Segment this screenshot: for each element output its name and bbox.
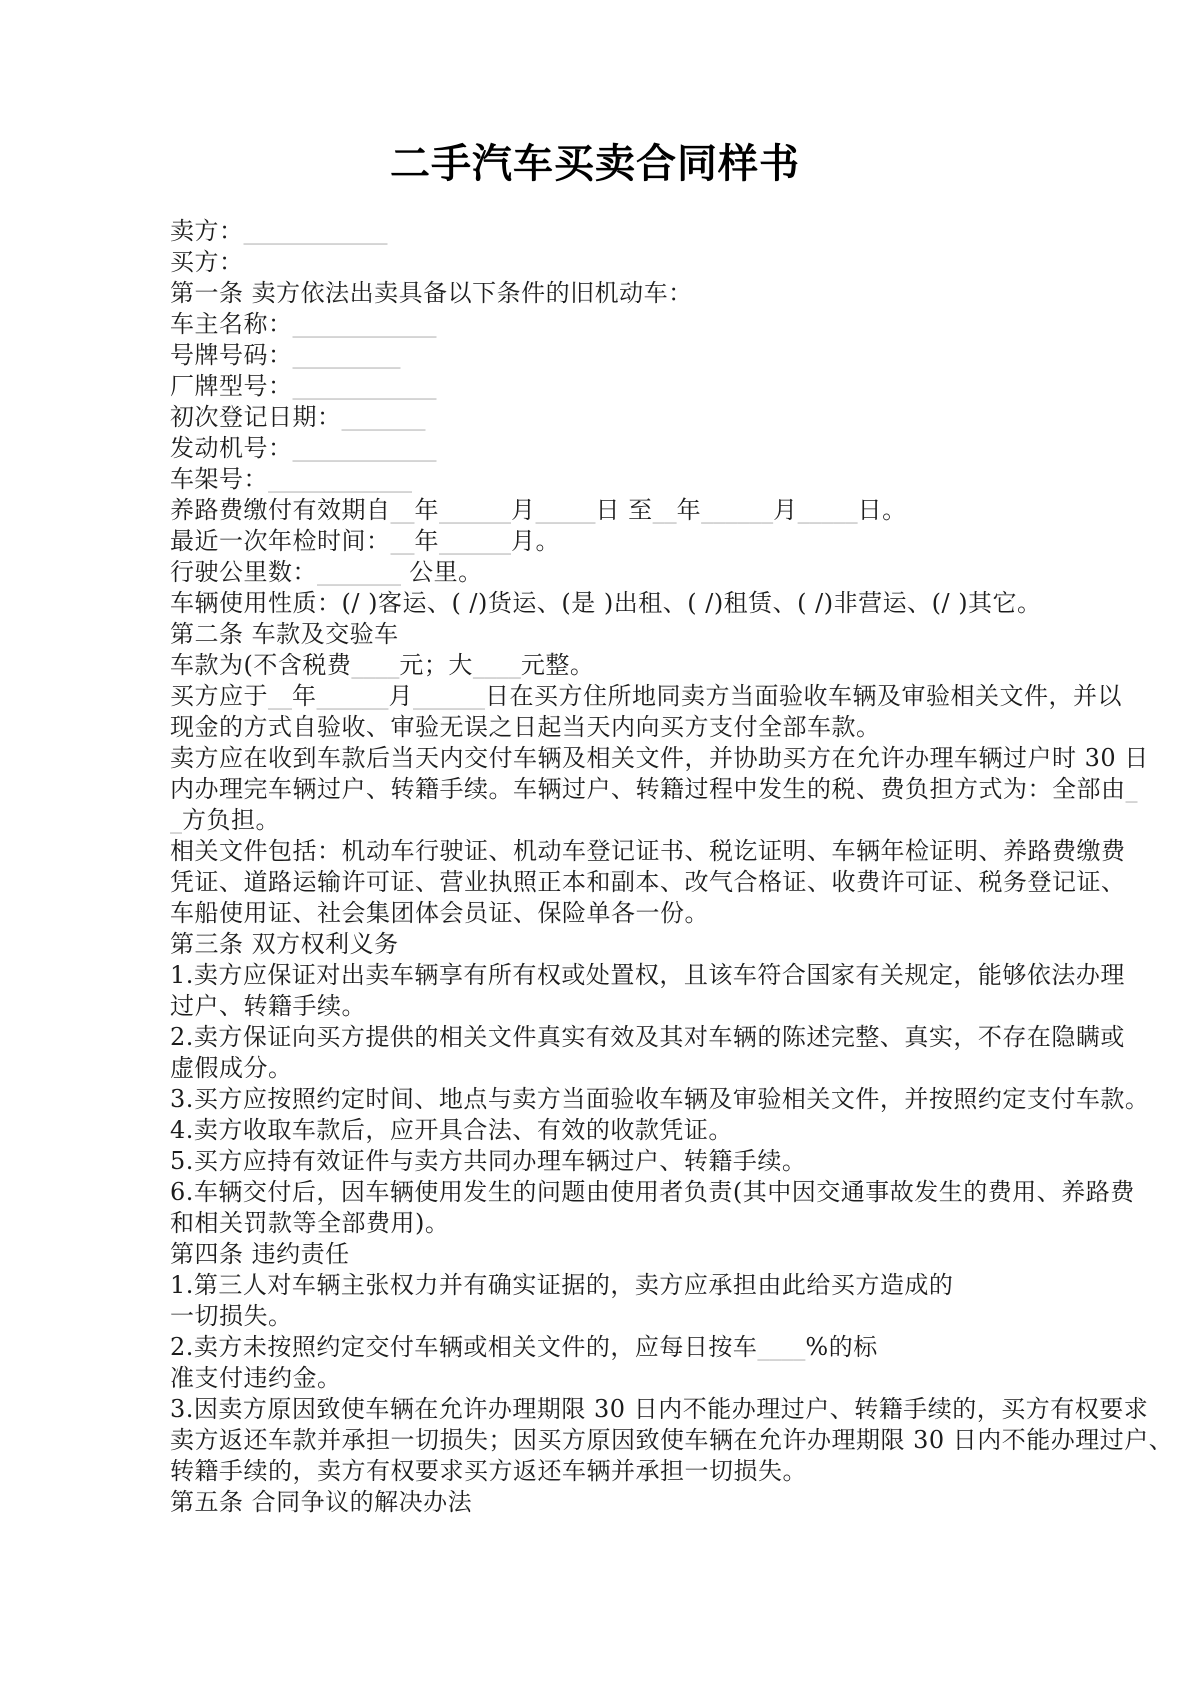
doc-line: 5.买方应持有效证件与卖方共同办理车辆过户、转籍手续。 (170, 1146, 1040, 1177)
doc-line: 车辆使用性质：(/ )客运、( /)货运、(是 )出租、( /)租赁、( /)非… (170, 588, 1040, 619)
blank-underline: ____________ (293, 310, 437, 338)
doc-line: 发动机号：____________ (170, 433, 1040, 464)
doc-line: 一切损失。 (170, 1301, 1040, 1332)
document-body: 卖方：____________买方：第一条 卖方依法出卖具备以下条件的旧机动车：… (170, 216, 1040, 1518)
blank-underline: _____ (536, 496, 596, 524)
doc-line: 第五条 合同争议的解决办法 (170, 1487, 1040, 1518)
doc-line: 2.卖方未按照约定交付车辆或相关文件的，应每日按车____%的标 (170, 1332, 1040, 1363)
doc-line: 第三条 双方权利义务 (170, 929, 1040, 960)
blank-underline: _____ (798, 496, 858, 524)
blank-underline: __ (391, 496, 415, 524)
blank-underline: ____ (757, 1333, 805, 1361)
doc-line: 号牌号码：_________ (170, 340, 1040, 371)
doc-line: 最近一次年检时间：__年______月。 (170, 526, 1040, 557)
document-page: 二手汽车买卖合同样书 卖方：____________买方：第一条 卖方依法出卖具… (0, 0, 1190, 1683)
blank-underline: ____________ (268, 465, 412, 493)
doc-line: 现金的方式自验收、审验无误之日起当天内向买方支付全部车款。 (170, 712, 1040, 743)
doc-line: 4.卖方收取车款后，应开具合法、有效的收款凭证。 (170, 1115, 1040, 1146)
blank-underline: _______ (342, 403, 426, 431)
blank-underline: __ (653, 496, 677, 524)
blank-underline: ____________ (293, 372, 437, 400)
doc-line: 相关文件包括：机动车行驶证、机动车登记证书、税讫证明、车辆年检证明、养路费缴费 (170, 836, 1040, 867)
doc-line: 3.因卖方原因致使车辆在允许办理期限 30 日内不能办理过户、转籍手续的，买方有… (170, 1394, 1040, 1425)
doc-line: 卖方：____________ (170, 216, 1040, 247)
blank-underline: _ (170, 806, 182, 834)
doc-line: 准支付违约金。 (170, 1363, 1040, 1394)
blank-underline: ______ (439, 496, 511, 524)
doc-line: 车主名称：____________ (170, 309, 1040, 340)
doc-line: 1.卖方应保证对出卖车辆享有所有权或处置权，且该车符合国家有关规定，能够依法办理 (170, 960, 1040, 991)
doc-line: 过户、转籍手续。 (170, 991, 1040, 1022)
blank-underline: _________ (293, 341, 401, 369)
blank-underline: _ (1126, 775, 1138, 803)
blank-underline: ____ (473, 651, 521, 679)
doc-line: _方负担。 (170, 805, 1040, 836)
doc-line: 车款为(不含税费____元；大____元整。 (170, 650, 1040, 681)
doc-line: 车船使用证、社会集团体会员证、保险单各一份。 (170, 898, 1040, 929)
doc-line: 厂牌型号：____________ (170, 371, 1040, 402)
doc-line: 第一条 卖方依法出卖具备以下条件的旧机动车： (170, 278, 1040, 309)
doc-line: 初次登记日期：_______ (170, 402, 1040, 433)
blank-underline: ______ (701, 496, 773, 524)
doc-line: 买方应于__年______月______日在买方住所地同卖方当面验收车辆及审验相… (170, 681, 1040, 712)
doc-line: 第二条 车款及交验车 (170, 619, 1040, 650)
blank-underline: _______ (317, 558, 401, 586)
doc-line: 第四条 违约责任 (170, 1239, 1040, 1270)
doc-line: 卖方应在收到车款后当天内交付车辆及相关文件，并协助买方在允许办理车辆过户时 30… (170, 743, 1040, 774)
blank-underline: __ (268, 682, 292, 710)
doc-line: 行驶公里数：_______ 公里。 (170, 557, 1040, 588)
doc-line: 转籍手续的，卖方有权要求买方返还车辆并承担一切损失。 (170, 1456, 1040, 1487)
blank-underline: ______ (413, 682, 485, 710)
blank-underline: ____ (351, 651, 399, 679)
blank-underline: ____________ (244, 217, 388, 245)
doc-line: 虚假成分。 (170, 1053, 1040, 1084)
doc-line: 2.卖方保证向买方提供的相关文件真实有效及其对车辆的陈述完整、真实，不存在隐瞒或 (170, 1022, 1040, 1053)
blank-underline: ______ (439, 527, 511, 555)
doc-line: 养路费缴付有效期自__年______月_____日 至__年______月___… (170, 495, 1040, 526)
blank-underline: __ (391, 527, 415, 555)
blank-underline: ____________ (293, 434, 437, 462)
blank-underline: ______ (317, 682, 389, 710)
doc-line: 和相关罚款等全部费用)。 (170, 1208, 1040, 1239)
doc-line: 卖方返还车款并承担一切损失；因买方原因致使车辆在允许办理期限 30 日内不能办理… (170, 1425, 1040, 1456)
doc-line: 车架号：____________ (170, 464, 1040, 495)
doc-line: 6.车辆交付后，因车辆使用发生的问题由使用者负责(其中因交通事故发生的费用、养路… (170, 1177, 1040, 1208)
document-title: 二手汽车买卖合同样书 (170, 138, 1020, 190)
doc-line: 1.第三人对车辆主张权力并有确实证据的，卖方应承担由此给买方造成的 (170, 1270, 1040, 1301)
doc-line: 凭证、道路运输许可证、营业执照正本和副本、改气合格证、收费许可证、税务登记证、 (170, 867, 1040, 898)
doc-line: 买方： (170, 247, 1040, 278)
doc-line: 3.买方应按照约定时间、地点与卖方当面验收车辆及审验相关文件，并按照约定支付车款… (170, 1084, 1040, 1115)
doc-line: 内办理完车辆过户、转籍手续。车辆过户、转籍过程中发生的税、费负担方式为：全部由_ (170, 774, 1040, 805)
